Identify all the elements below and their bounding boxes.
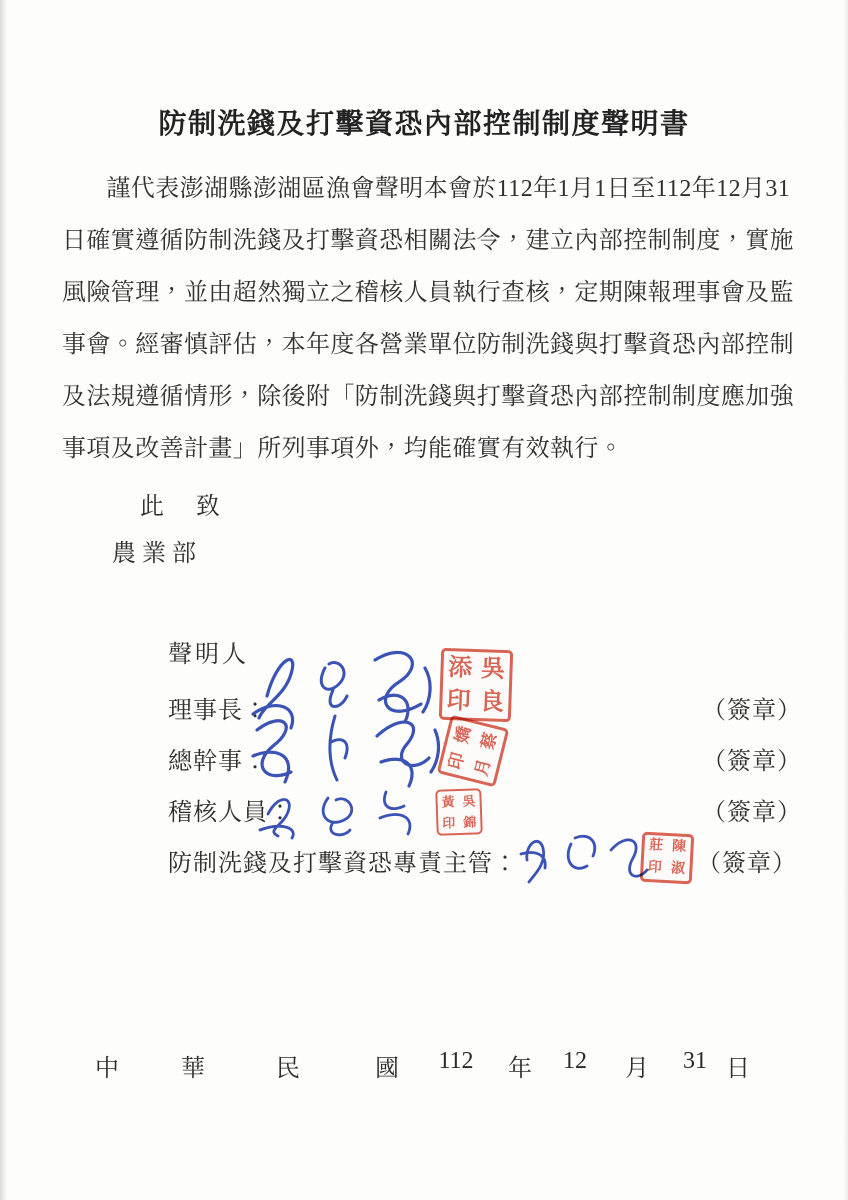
seal-char: 良 xyxy=(475,685,509,719)
auditor-seal-stamp: 黃 吳 印 錦 xyxy=(435,788,483,836)
aml-officer-label: 防制洗錢及打擊資恐專責主管： xyxy=(168,843,518,878)
paper-right-edge-shadow xyxy=(843,0,848,1200)
paper-left-edge-shadow xyxy=(0,0,7,1200)
seal-char: 吳 xyxy=(476,652,510,686)
date-char: 年 xyxy=(508,1048,532,1083)
sign-seal-note-1: （簽章） xyxy=(702,690,802,725)
body-line-2: 日確實遵循防制洗錢及打擊資恐相關法令，建立內部控制制度，實施 xyxy=(62,215,788,267)
date-day-value: 31 xyxy=(683,1048,707,1075)
date-char: 國 xyxy=(375,1048,399,1083)
aml-officer-signature xyxy=(515,824,650,886)
declarer-label: 聲明人 xyxy=(168,634,249,669)
auditor-label: 稽核人員： xyxy=(168,792,293,827)
seal-char: 印 xyxy=(643,857,667,880)
sign-seal-note-2: （簽章） xyxy=(702,741,802,776)
sign-seal-note-3: （簽章） xyxy=(702,792,802,827)
body-line-6: 事項及改善計畫」所列事項外，均能確實有效執行。 xyxy=(62,423,788,475)
sign-seal-note-4: （簽章） xyxy=(697,843,797,878)
seal-char: 吳 xyxy=(458,790,480,812)
seal-char: 印 xyxy=(438,812,460,834)
chairman-signature xyxy=(245,638,450,738)
chairman-label: 理事長： xyxy=(168,690,268,725)
date-year-value: 112 xyxy=(438,1048,473,1075)
seal-char: 錦 xyxy=(459,811,481,833)
aml-officer-seal-stamp: 莊 陳 印 淑 xyxy=(640,832,695,885)
seal-char: 月 xyxy=(466,751,499,784)
document-title: 防制洗錢及打擊資恐內部控制制度聲明書 xyxy=(0,102,848,142)
date-char: 月 xyxy=(625,1048,649,1083)
body-paragraph: 謹代表澎湖縣澎湖區漁會聲明本會於112年1月1日至112年12月31 日確實遵循… xyxy=(62,163,788,475)
body-line-3: 風險管理，並由超然獨立之稽核人員執行查核，定期陳報理事會及監 xyxy=(62,267,788,319)
date-char: 民 xyxy=(276,1048,300,1083)
recipient-agency: 農業部 xyxy=(112,533,202,568)
date-month-value: 12 xyxy=(563,1048,587,1075)
scanned-declaration-document: 防制洗錢及打擊資恐內部控制制度聲明書 謹代表澎湖縣澎湖區漁會聲明本會於112年1… xyxy=(0,0,848,1200)
republic-era-date-line: 中 華 民 國 112 年 12 月 31 日 xyxy=(0,1048,848,1082)
date-char: 中 xyxy=(95,1048,119,1083)
salutation: 此 致 xyxy=(140,486,224,521)
seal-char: 陳 xyxy=(667,836,691,859)
date-char: 華 xyxy=(181,1048,205,1083)
seal-char: 添 xyxy=(443,651,477,685)
body-line-1: 謹代表澎湖縣澎湖區漁會聲明本會於112年1月1日至112年12月31 xyxy=(62,163,788,215)
seal-char: 淑 xyxy=(666,858,690,881)
general-manager-label: 總幹事： xyxy=(168,741,268,776)
date-char: 日 xyxy=(726,1048,750,1083)
chairman-seal-stamp: 添 吳 印 良 xyxy=(439,648,513,722)
general-manager-seal-stamp: 嬌 蔡 印 月 xyxy=(437,715,510,788)
body-line-5: 及法規遵循情形，除後附「防制洗錢與打擊資恐內部控制制度應加強 xyxy=(62,371,788,423)
body-line-4: 事會。經審慎評估，本年度各營業單位防制洗錢與打擊資恐內部控制 xyxy=(62,319,788,371)
seal-char: 印 xyxy=(442,684,476,718)
seal-char: 莊 xyxy=(644,835,668,858)
seal-char: 黃 xyxy=(437,791,459,813)
